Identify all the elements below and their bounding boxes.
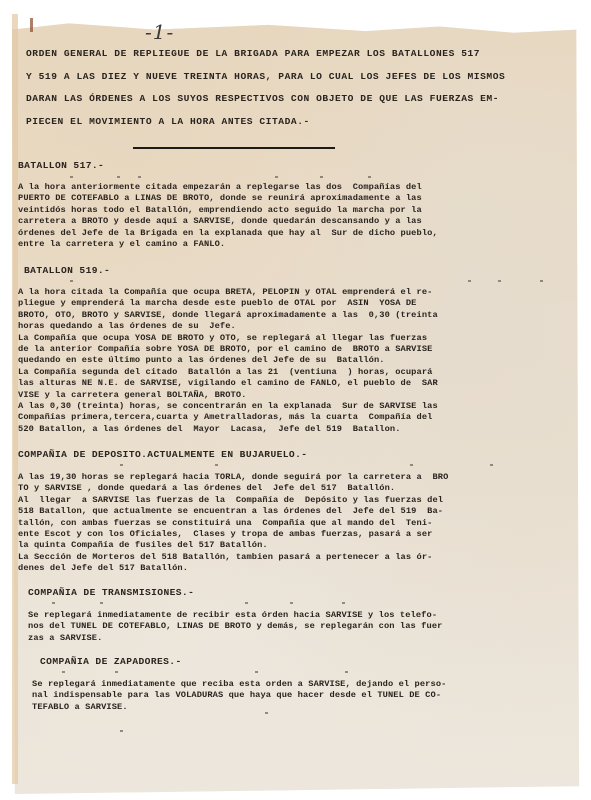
section-body-compania-deposito: A las 19,30 horas se replegará hacia TOR… bbox=[18, 472, 570, 575]
section-heading-compania-zapadores: COMPAÑIA DE ZAPADORES.- bbox=[40, 656, 591, 667]
section-body-compania-zapadores: Se replegará inmediatamente que reciba e… bbox=[32, 679, 584, 713]
pencil-mark bbox=[30, 18, 33, 32]
page-number: -1- bbox=[145, 20, 174, 44]
section-heading-batallon-517: BATALLON 517.- bbox=[18, 160, 570, 171]
section-body-batallon-517: A la hora anteriormente citada empezarán… bbox=[18, 182, 570, 250]
section-body-compania-transmisiones: Se replegará inmediatamente de recibir e… bbox=[28, 610, 580, 644]
section-heading-compania-transmisiones: COMPAÑIA DE TRANSMISIONES.- bbox=[28, 587, 580, 598]
section-heading-batallon-519: BATALLON 519.- bbox=[24, 265, 576, 276]
separator-rule bbox=[133, 147, 335, 149]
intro-paragraph: ORDEN GENERAL DE REPLIEGUE DE LA BRIGADA… bbox=[26, 43, 578, 133]
section-heading-compania-deposito: COMPAÑIA DE DEPOSITO.ACTUALMENTE EN BUJA… bbox=[18, 449, 570, 460]
section-body-batallon-519: A la hora citada la Compañía que ocupa B… bbox=[18, 287, 570, 435]
